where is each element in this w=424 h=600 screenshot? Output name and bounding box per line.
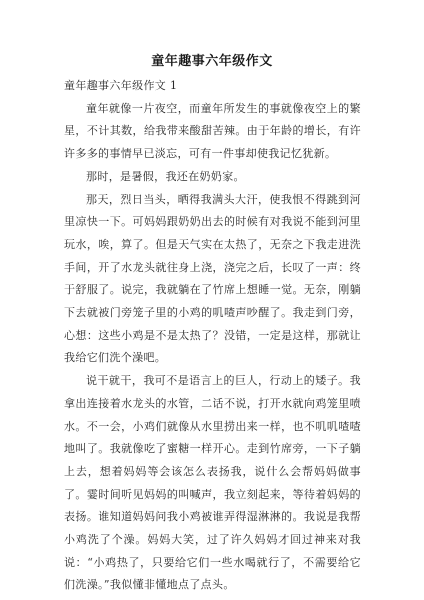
paragraph-2: 那时，是暑假，我还在奶奶家。 — [64, 166, 361, 189]
paragraph-1: 童年就像一片夜空，而童年所发生的事就像夜空上的繁星，不计其数，给我带来酸甜苦辣。… — [64, 98, 361, 166]
document-body: 童年趣事六年级作文 1 童年就像一片夜空，而童年所发生的事就像夜空上的繁星，不计… — [64, 75, 361, 597]
document-page: 童年趣事六年级作文 童年趣事六年级作文 1 童年就像一片夜空，而童年所发生的事就… — [0, 0, 424, 600]
paragraph-4: 说干就干，我可不是语言上的巨人，行动上的矮子。我拿出连接着水龙头的水管，二话不说… — [64, 370, 361, 597]
essay-subtitle: 童年趣事六年级作文 1 — [64, 75, 361, 98]
document-title: 童年趣事六年级作文 — [0, 54, 424, 70]
paragraph-3: 那天，烈日当头，晒得我满头大汗，使我恨不得跳到河里凉快一下。可妈妈跟奶奶出去的时… — [64, 189, 361, 371]
